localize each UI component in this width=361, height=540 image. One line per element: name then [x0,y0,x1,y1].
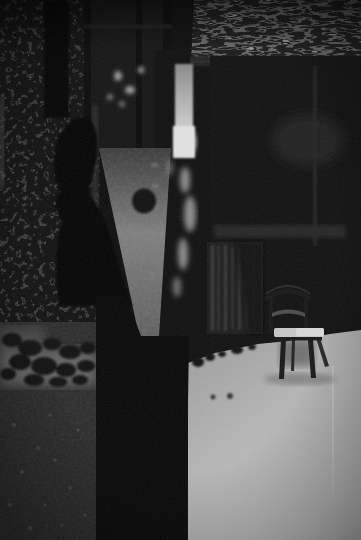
vignette [0,0,361,540]
film-still-frame: Dark silhouette of a person in the left … [0,0,361,540]
film-still-image: Dark silhouette of a person in the left … [0,0,361,540]
